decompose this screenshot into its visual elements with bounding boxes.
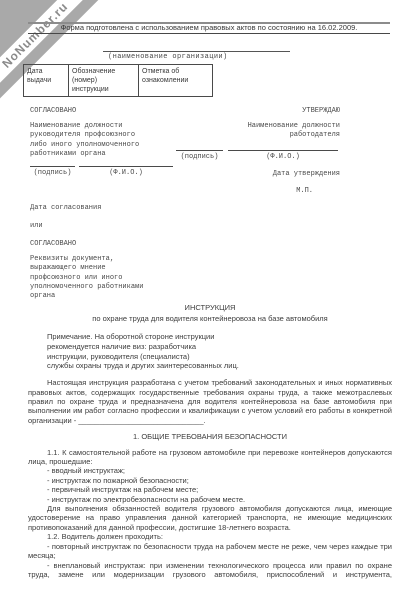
paragraph-1-2: 1.2. Водитель должен проходить: [28,532,392,541]
agreed-label-2: СОГЛАСОВАНО [30,240,76,249]
list-item: - повторный инструктаж по безопасности т… [28,542,392,561]
list-item: - вводный инструктаж; [28,466,392,475]
note-text: Примечание. На оборотной стороне инструк… [47,332,392,371]
agreed-name-field: (Ф.И.О.) [79,166,173,178]
approved-label: УТВЕРЖДАЮ [200,107,340,116]
header-rule-bottom [28,33,390,34]
approval-date-label: Дата утверждения [200,170,340,179]
document-page: NoNumber.ru Форма подготовлена с использ… [0,0,420,600]
issue-table-header-acknowledgement: Отметка об ознакомлении [139,65,213,97]
issue-table: Дата выдачи Обозначение (номер) инструкц… [23,64,213,97]
issue-table-header-date: Дата выдачи [24,65,69,97]
employer-position-text: Наименование должности работодателя [200,122,340,141]
prepared-note: Форма подготовлена с использованием прав… [28,23,390,33]
paragraph-1-1: 1.1. К самостоятельной работе на грузово… [28,448,392,467]
intro-paragraph: Настоящая инструкция разработана с учето… [28,378,392,425]
organization-name-caption: (наименование организации) [108,53,228,62]
table-row: Дата выдачи Обозначение (номер) инструкц… [24,65,213,97]
paragraph-drivers-requirements: Для выполнения обязанностей водителя гру… [28,504,392,532]
or-label: или [30,222,43,231]
list-item: - инструктаж по электробезопасности на р… [28,495,392,504]
stamp-label: М.П. [200,187,340,196]
requisites-text: Реквизиты документа, выражающего мнение … [30,255,143,301]
list-item: - первичный инструктаж на рабочем месте; [28,485,392,494]
agreed-label: СОГЛАСОВАНО [30,107,76,116]
document-subtitle: по охране труда для водителя контейнеров… [28,313,392,324]
section-1-heading: 1. ОБЩИЕ ТРЕБОВАНИЯ БЕЗОПАСНОСТИ [28,432,392,441]
organization-name-line [103,51,290,52]
employer-name-field: (Ф.И.О.) [228,150,338,162]
employer-signature-field: (подпись) [176,150,223,162]
agreed-position-text: Наименование должности руководителя проф… [30,122,139,159]
list-item-truncated: - внеплановый инструктаж: при изменении … [28,561,392,580]
document-title: ИНСТРУКЦИЯ [28,302,392,313]
instruction-body: ИНСТРУКЦИЯ по охране труда для водителя … [28,302,392,579]
agreed-signature-field: (подпись) [30,166,75,178]
issue-table-header-number: Обозначение (номер) инструкции [69,65,139,97]
list-item: - инструктаж по пожарной безопасности; [28,476,392,485]
agreement-date-label: Дата согласования [30,204,101,213]
